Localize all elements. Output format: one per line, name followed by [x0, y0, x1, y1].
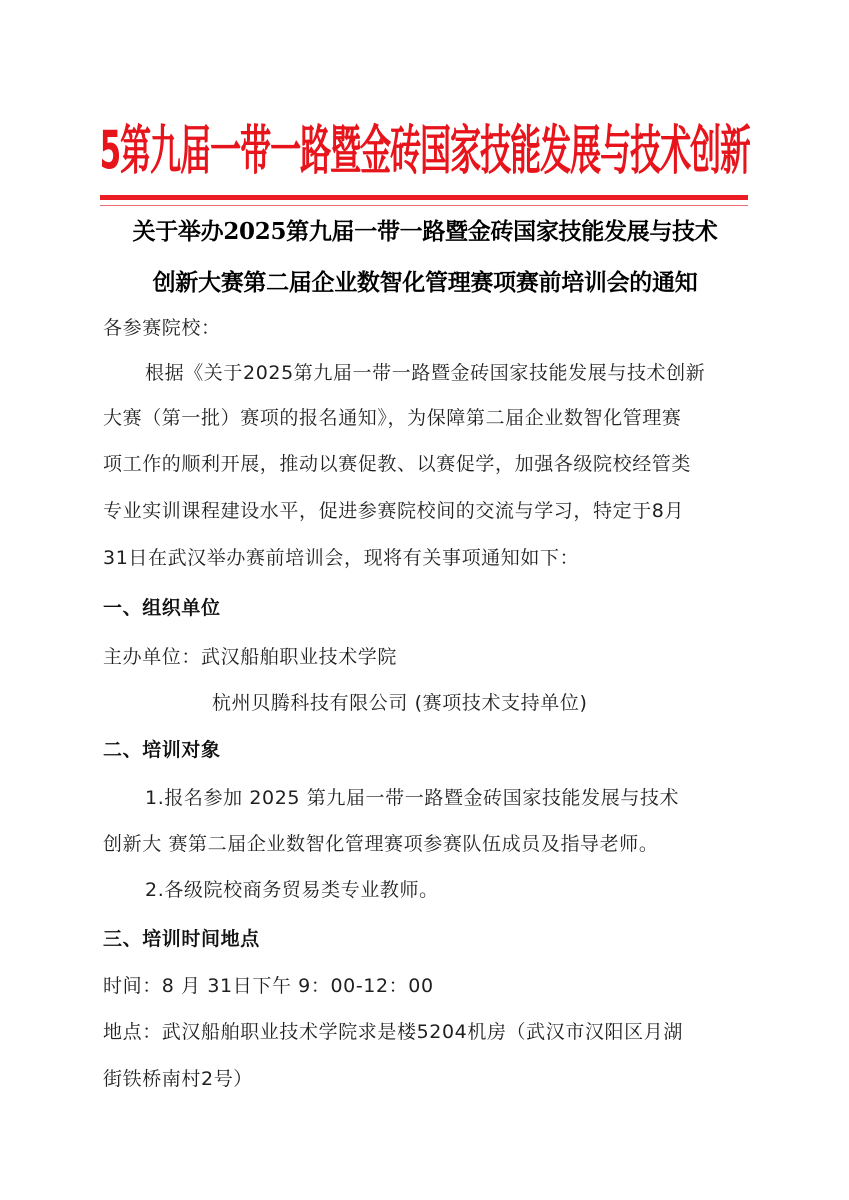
- intro-line: 大赛（第一批）赛项的报名通知》，为保障第二届企业数智化管理赛: [103, 403, 682, 430]
- section-heading-time-place: 三、培训时间地点: [103, 924, 260, 951]
- audience-item-1-cont: 创新大 赛第二届企业数智化管理赛项参赛队伍成员及指导老师。: [103, 829, 658, 856]
- masthead: 2025第九届一带一路暨金砖国家技能发展与技术创新大赛: [98, 112, 750, 178]
- notice-title-line-2: 创新大赛第二届企业数智化管理赛项赛前培训会的通知: [100, 264, 750, 297]
- document-page: 2025第九届一带一路暨金砖国家技能发展与技术创新大赛 关于举办2025第九届一…: [0, 0, 849, 1200]
- masthead-rule-thin: [100, 205, 748, 206]
- organizer-host: 主办单位：武汉船舶职业技术学院: [103, 642, 397, 669]
- intro-line: 专业实训课程建设水平，促进参赛院校间的交流与学习，特定于8月: [103, 496, 684, 523]
- audience-item-1: 1.报名参加 2025 第九届一带一路暨金砖国家技能发展与技术: [145, 783, 679, 810]
- intro-line: 31日在武汉举办赛前培训会，现将有关事项通知如下：: [103, 543, 579, 570]
- intro-line: 根据《关于2025第九届一带一路暨金砖国家技能发展与技术创新: [145, 358, 705, 385]
- audience-item-2: 2.各级院校商务贸易类专业教师。: [145, 875, 439, 902]
- section-heading-audience: 二、培训对象: [103, 735, 221, 762]
- masthead-rule-thick: [100, 195, 748, 200]
- notice-title-line-1: 关于举办2025第九届一带一路暨金砖国家技能发展与技术: [100, 213, 750, 246]
- training-location-cont: 街铁桥南村2号）: [103, 1064, 253, 1091]
- organizer-support: 杭州贝腾科技有限公司 (赛项技术支持单位): [212, 688, 587, 715]
- training-time: 时间：8 月 31日下午 9：00-12：00: [103, 971, 434, 998]
- intro-line: 项工作的顺利开展，推动以赛促教、以赛促学，加强各级院校经管类: [103, 449, 691, 476]
- section-heading-organizer: 一、组织单位: [103, 593, 221, 620]
- masthead-title: 2025第九届一带一路暨金砖国家技能发展与技术创新大赛: [98, 112, 750, 178]
- salutation: 各参赛院校：: [103, 313, 221, 340]
- training-location: 地点：武汉船舶职业技术学院求是楼5204机房（武汉市汉阳区月湖: [103, 1017, 683, 1044]
